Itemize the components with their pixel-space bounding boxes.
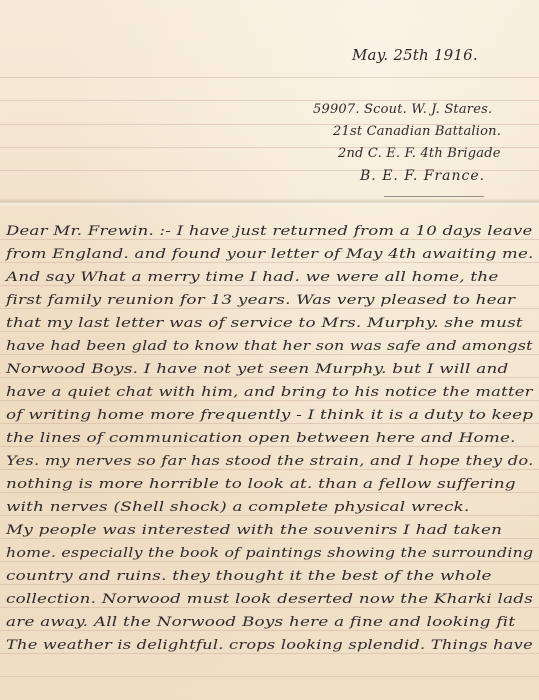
letter-line: of writing home more frequently - I thin…: [6, 408, 533, 423]
letter-line: Norwood Boys. I have not yet seen Murphy…: [6, 362, 508, 377]
ruled-line: [0, 377, 539, 378]
sender-address-line: 59907. Scout. W. J. Stares.: [313, 102, 492, 117]
ruled-line: [0, 607, 539, 608]
letter-line: country and ruins. they thought it the b…: [6, 569, 492, 584]
letter-line: the lines of communication open between …: [6, 431, 516, 446]
ruled-line: [0, 100, 539, 101]
paper-fold: [0, 198, 539, 206]
address-separator: [384, 196, 484, 197]
ruled-line: [0, 515, 539, 516]
sender-address-line: 2nd C. E. F. 4th Brigade: [338, 146, 501, 161]
ruled-line: [0, 423, 539, 424]
ruled-line: [0, 469, 539, 470]
ruled-line: [0, 308, 539, 309]
letter-line: home. especially the book of paintings s…: [6, 546, 533, 561]
ruled-line: [0, 446, 539, 447]
letter-line: first family reunion for 13 years. Was v…: [6, 293, 515, 308]
ruled-line: [0, 400, 539, 401]
ruled-line: [0, 653, 539, 654]
letter-line: Dear Mr. Frewin. :- I have just returned…: [6, 224, 532, 239]
ruled-line: [0, 492, 539, 493]
letter-line: that my last letter was of service to Mr…: [6, 316, 523, 331]
ruled-line: [0, 676, 539, 677]
ruled-line: [0, 262, 539, 263]
letter-date: May. 25th 1916.: [352, 46, 478, 64]
ruled-line: [0, 239, 539, 240]
letter-line: nothing is more horrible to look at. tha…: [6, 477, 516, 492]
sender-address-line: 21st Canadian Battalion.: [333, 124, 501, 139]
letter-line: collection. Norwood must look deserted n…: [6, 592, 533, 607]
ruled-line: [0, 538, 539, 539]
ruled-line: [0, 77, 539, 78]
ruled-line: [0, 354, 539, 355]
letter-line: have had been glad to know that her son …: [6, 339, 533, 354]
ruled-line: [0, 630, 539, 631]
letter-line: have a quiet chat with him, and bring to…: [6, 385, 533, 400]
ruled-line: [0, 561, 539, 562]
ruled-line: [0, 285, 539, 286]
letter-line: My people was interested with the souven…: [6, 523, 502, 538]
letter-line: And say What a merry time I had. we were…: [6, 270, 499, 285]
letter-line: are away. All the Norwood Boys here a fi…: [6, 615, 515, 630]
ruled-line: [0, 584, 539, 585]
sender-address-line: B. E. F. France.: [360, 168, 485, 184]
letter-line: Yes. my nerves so far has stood the stra…: [6, 454, 534, 469]
letter-line: The weather is delightful. crops looking…: [6, 638, 533, 653]
letter-line: from England. and found your letter of M…: [6, 247, 533, 262]
ruled-line: [0, 331, 539, 332]
letter-paper: May. 25th 1916. 59907. Scout. W. J. Star…: [0, 0, 539, 700]
letter-line: with nerves (Shell shock) a complete phy…: [6, 500, 470, 515]
